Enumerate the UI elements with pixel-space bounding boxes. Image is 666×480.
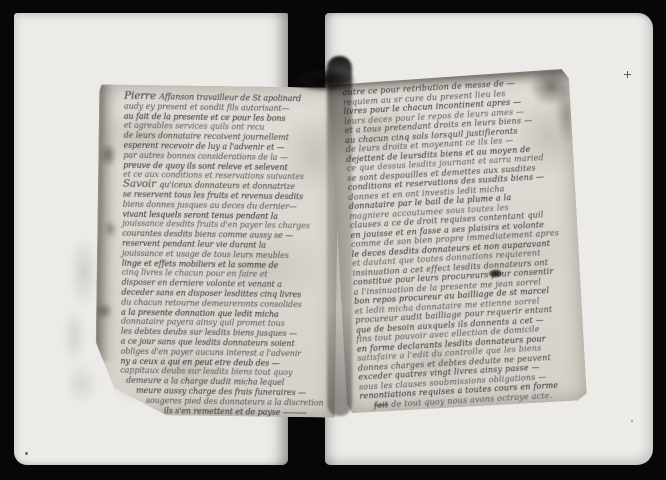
manuscript-page-right: autre ce pour retribution de messe de —r…	[329, 69, 587, 414]
spine-top-shadow	[290, 68, 356, 92]
flourished-word: Savoir	[123, 178, 160, 191]
dust-speck	[631, 420, 633, 422]
registration-plus-mark	[624, 71, 631, 78]
manuscript-page-left: Pierre Affanson travailleur de St apolin…	[95, 84, 340, 417]
handwriting-right-page: autre ce pour retribution de messe de —r…	[342, 76, 586, 411]
flourished-word: Pierre	[124, 90, 159, 102]
book-gutter-shadow	[327, 56, 352, 416]
document-scan: Pierre Affanson travailleur de St apolin…	[0, 0, 666, 480]
dust-speck	[25, 452, 28, 455]
struck-word: fait	[374, 400, 389, 410]
handwriting-left-page: Pierre Affanson travailleur de St apolin…	[120, 92, 337, 418]
